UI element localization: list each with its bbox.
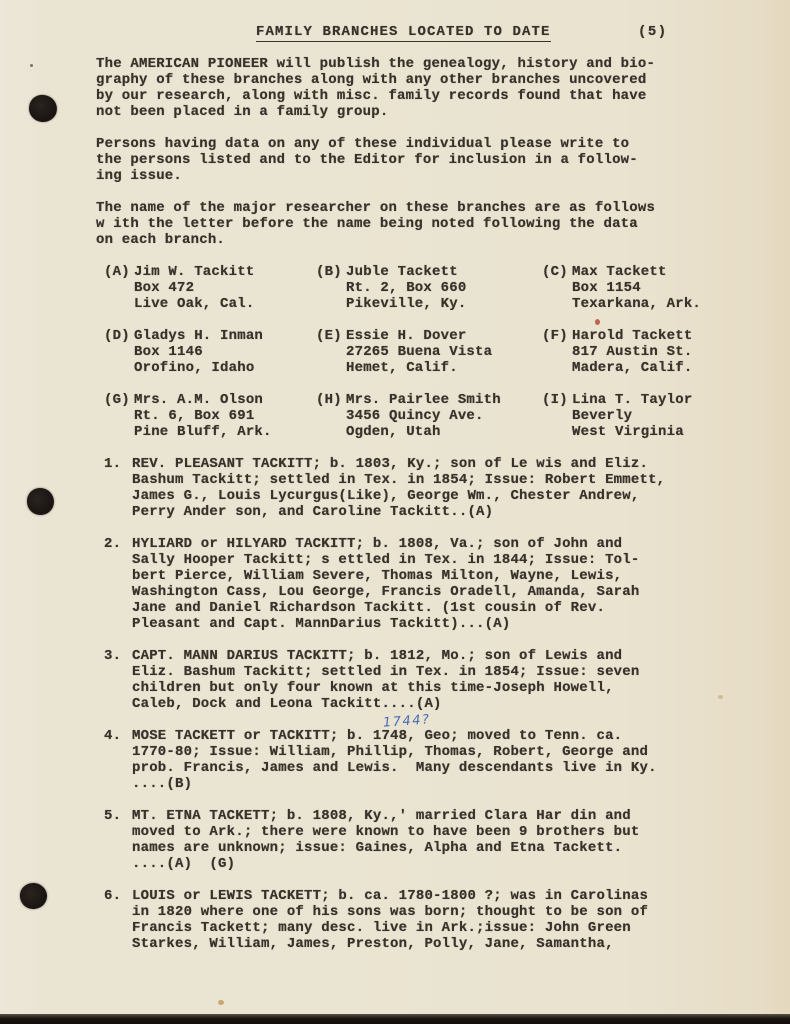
contact-address: Max Tackett Box 1154 Texarkana, Ark.: [572, 264, 701, 312]
entry-text: HYLIARD or HILYARD TACKITT; b. 1808, Va.…: [132, 536, 639, 632]
entry-number: 4.: [104, 728, 132, 792]
entry-text: MT. ETNA TACKETT; b. 1808, Ky.,' married…: [132, 808, 639, 872]
request-paragraph: Persons having data on any of these indi…: [96, 136, 750, 184]
entry-text: MOSE TACKETT or TACKITT; b. 1748, Geo; m…: [132, 728, 657, 792]
contact-card-d: (D) Gladys H. Inman Box 1146 Orofino, Id…: [104, 328, 316, 376]
intro-paragraph: The AMERICAN PIONEER will publish the ge…: [96, 56, 750, 120]
contact-address: Mrs. Pairlee Smith 3456 Quincy Ave. Ogde…: [346, 392, 501, 440]
entry-number: 1.: [104, 456, 132, 520]
contact-address: Gladys H. Inman Box 1146 Orofino, Idaho: [134, 328, 263, 376]
scan-bottom-edge: [0, 1014, 790, 1024]
branch-entry-1: 1. REV. PLEASANT TACKITT; b. 1803, Ky.; …: [104, 456, 750, 520]
paper-stain-speck: [30, 64, 33, 67]
branch-entry-6: 6. LOUIS or LEWIS TACKETT; b. ca. 1780-1…: [104, 888, 750, 952]
contact-label: (H): [316, 392, 346, 440]
branch-entry-5: 5. MT. ETNA TACKETT; b. 1808, Ky.,' marr…: [104, 808, 750, 872]
researcher-note-paragraph: The name of the major researcher on thes…: [96, 200, 750, 248]
paper-stain-speck: [218, 1000, 224, 1005]
page-number: (5): [638, 24, 668, 40]
entry-number: 5.: [104, 808, 132, 872]
entry-number: 2.: [104, 536, 132, 632]
handwritten-annotation: 1744?: [382, 712, 430, 731]
entry-number: 3.: [104, 648, 132, 712]
scanned-document-page: FAMILY BRANCHES LOCATED TO DATE (5) The …: [0, 0, 790, 1024]
contact-address: Juble Tackett Rt. 2, Box 660 Pikeville, …: [346, 264, 466, 312]
contact-card-i: (I) Lina T. Taylor Beverly West Virginia: [542, 392, 750, 440]
contact-card-c: (C) Max Tackett Box 1154 Texarkana, Ark.: [542, 264, 750, 312]
contact-label: (A): [104, 264, 134, 312]
entry-text: REV. PLEASANT TACKITT; b. 1803, Ky.; son…: [132, 456, 665, 520]
entry-text: LOUIS or LEWIS TACKETT; b. ca. 1780-1800…: [132, 888, 648, 952]
hole-punch-mark-middle: [27, 488, 54, 515]
contact-card-g: (G) Mrs. A.M. Olson Rt. 6, Box 691 Pine …: [104, 392, 316, 440]
contact-address: Essie H. Dover 27265 Buena Vista Hemet, …: [346, 328, 492, 376]
contact-address: Lina T. Taylor Beverly West Virginia: [572, 392, 692, 440]
branch-entry-2: 2. HYLIARD or HILYARD TACKITT; b. 1808, …: [104, 536, 750, 632]
contact-label: (E): [316, 328, 346, 376]
branch-entry-3: 3. CAPT. MANN DARIUS TACKITT; b. 1812, M…: [104, 648, 750, 712]
paper-stain-speck: [718, 695, 723, 699]
contact-label: (G): [104, 392, 134, 440]
contact-card-e: (E) Essie H. Dover 27265 Buena Vista Hem…: [316, 328, 542, 376]
entry-number: 6.: [104, 888, 132, 952]
contact-label: (D): [104, 328, 134, 376]
branch-entry-4: 1744? 4. MOSE TACKETT or TACKITT; b. 174…: [104, 728, 750, 792]
contact-card-h: (H) Mrs. Pairlee Smith 3456 Quincy Ave. …: [316, 392, 542, 440]
contact-card-f: (F) Harold Tackett 817 Austin St. Madera…: [542, 328, 750, 376]
page-content: FAMILY BRANCHES LOCATED TO DATE (5) The …: [0, 0, 790, 952]
page-header: FAMILY BRANCHES LOCATED TO DATE (5): [96, 24, 750, 40]
researcher-contact-list: (A) Jim W. Tackitt Box 472 Live Oak, Cal…: [104, 264, 750, 440]
contact-card-a: (A) Jim W. Tackitt Box 472 Live Oak, Cal…: [104, 264, 316, 312]
contact-label: (C): [542, 264, 572, 312]
contact-label: (I): [542, 392, 572, 440]
page-title: FAMILY BRANCHES LOCATED TO DATE: [256, 24, 551, 42]
contact-card-b: (B) Juble Tackett Rt. 2, Box 660 Pikevil…: [316, 264, 542, 312]
contact-address: Jim W. Tackitt Box 472 Live Oak, Cal.: [134, 264, 254, 312]
contact-address: Harold Tackett 817 Austin St. Madera, Ca…: [572, 328, 692, 376]
contact-label: (F): [542, 328, 572, 376]
contact-address: Mrs. A.M. Olson Rt. 6, Box 691 Pine Bluf…: [134, 392, 272, 440]
paper-stain-speck: [595, 319, 600, 325]
contact-label: (B): [316, 264, 346, 312]
entry-text: CAPT. MANN DARIUS TACKITT; b. 1812, Mo.;…: [132, 648, 639, 712]
